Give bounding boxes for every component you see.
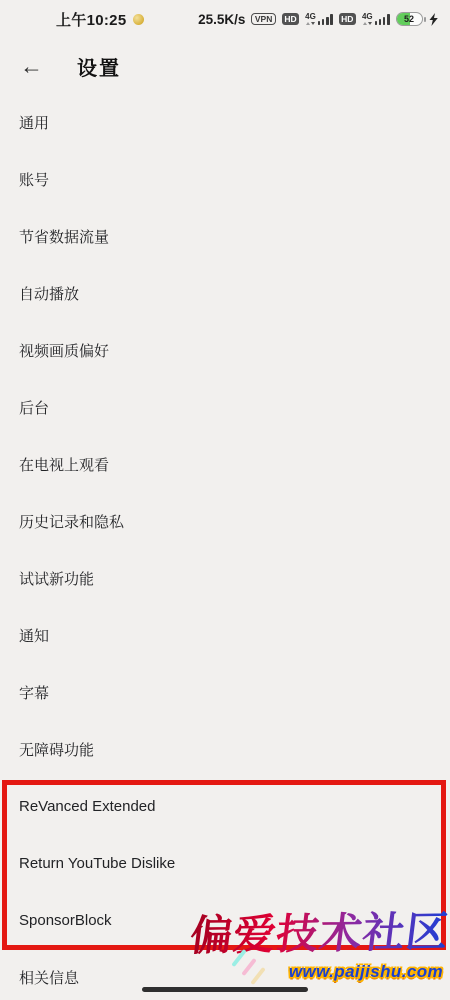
settings-list: 通用 账号 节省数据流量 自动播放 视频画质偏好 后台 在电视上观看 历史记录和… (0, 94, 450, 1000)
charging-bolt-icon (429, 13, 438, 26)
settings-item-background[interactable]: 后台 (0, 379, 450, 436)
settings-item-label: 无障碍功能 (19, 739, 94, 760)
settings-item-history-privacy[interactable]: 历史记录和隐私 (0, 493, 450, 550)
page-title: 设置 (77, 52, 121, 81)
network-type-label-2: 4G (362, 13, 373, 21)
status-bar: 上午10:25 25.5K/s VPN HD 4G HD 4G (0, 0, 450, 38)
settings-item-accessibility[interactable]: 无障碍功能 (0, 721, 450, 778)
status-bar-right: 25.5K/s VPN HD 4G HD 4G (198, 12, 438, 27)
settings-item-return-youtube-dislike[interactable]: Return YouTube Dislike (0, 835, 450, 892)
settings-item-label: 历史记录和隐私 (19, 511, 124, 532)
settings-item-label: 通知 (19, 625, 49, 646)
settings-item-label: 视频画质偏好 (19, 340, 109, 361)
vpn-icon: VPN (251, 13, 275, 26)
signal-sim2-type: 4G (362, 13, 373, 25)
settings-item-watch-on-tv[interactable]: 在电视上观看 (0, 436, 450, 493)
settings-screen: 上午10:25 25.5K/s VPN HD 4G HD 4G (0, 0, 450, 1000)
settings-item-revanced-extended[interactable]: ReVanced Extended (0, 778, 450, 835)
settings-item-label: 账号 (19, 169, 49, 190)
hd-icon-sim2: HD (339, 13, 356, 26)
watermark-url: www.paijishu.com (289, 962, 443, 982)
settings-item-label: SponsorBlock (19, 912, 112, 929)
alarm-emoji-icon (133, 14, 144, 25)
data-activity-arrows-1 (306, 22, 315, 25)
signal-bars-icon-1 (318, 14, 333, 25)
settings-item-video-quality[interactable]: 视频画质偏好 (0, 322, 450, 379)
back-arrow-icon[interactable]: ← (20, 55, 50, 78)
settings-item-general[interactable]: 通用 (0, 94, 450, 151)
settings-item-label: 后台 (19, 397, 49, 418)
settings-item-account[interactable]: 账号 (0, 151, 450, 208)
signal-sim2: 4G (362, 13, 390, 25)
battery-icon: 52 (396, 12, 439, 26)
settings-item-data-saving[interactable]: 节省数据流量 (0, 208, 450, 265)
battery-body: 52 (396, 12, 423, 26)
battery-percent: 52 (397, 13, 422, 25)
settings-item-label: Return YouTube Dislike (19, 855, 175, 872)
settings-item-label: 节省数据流量 (19, 226, 109, 247)
settings-item-label: 通用 (19, 112, 49, 133)
settings-item-label: 自动播放 (19, 283, 79, 304)
network-type-label-1: 4G (305, 13, 316, 21)
settings-item-notifications[interactable]: 通知 (0, 607, 450, 664)
signal-bars-icon-2 (375, 14, 390, 25)
hd-icon-sim1: HD (282, 13, 299, 26)
settings-item-label: ReVanced Extended (19, 798, 156, 815)
data-activity-arrows-2 (363, 22, 372, 25)
clock-time: 上午10:25 (56, 9, 126, 30)
header: ← 设置 (0, 38, 450, 94)
settings-item-label: 试试新功能 (19, 568, 94, 589)
network-speed: 25.5K/s (198, 12, 245, 27)
watermark-title: 偏爱技术社区 (187, 899, 450, 963)
settings-item-captions[interactable]: 字幕 (0, 664, 450, 721)
settings-item-label: 在电视上观看 (19, 454, 109, 475)
settings-item-try-new-features[interactable]: 试试新功能 (0, 550, 450, 607)
battery-nub (424, 17, 426, 22)
settings-item-autoplay[interactable]: 自动播放 (0, 265, 450, 322)
settings-item-label: 相关信息 (19, 967, 79, 988)
signal-sim1-type: 4G (305, 13, 316, 25)
signal-sim1: 4G (305, 13, 333, 25)
home-indicator-bar[interactable] (142, 987, 308, 992)
settings-item-label: 字幕 (19, 682, 49, 703)
